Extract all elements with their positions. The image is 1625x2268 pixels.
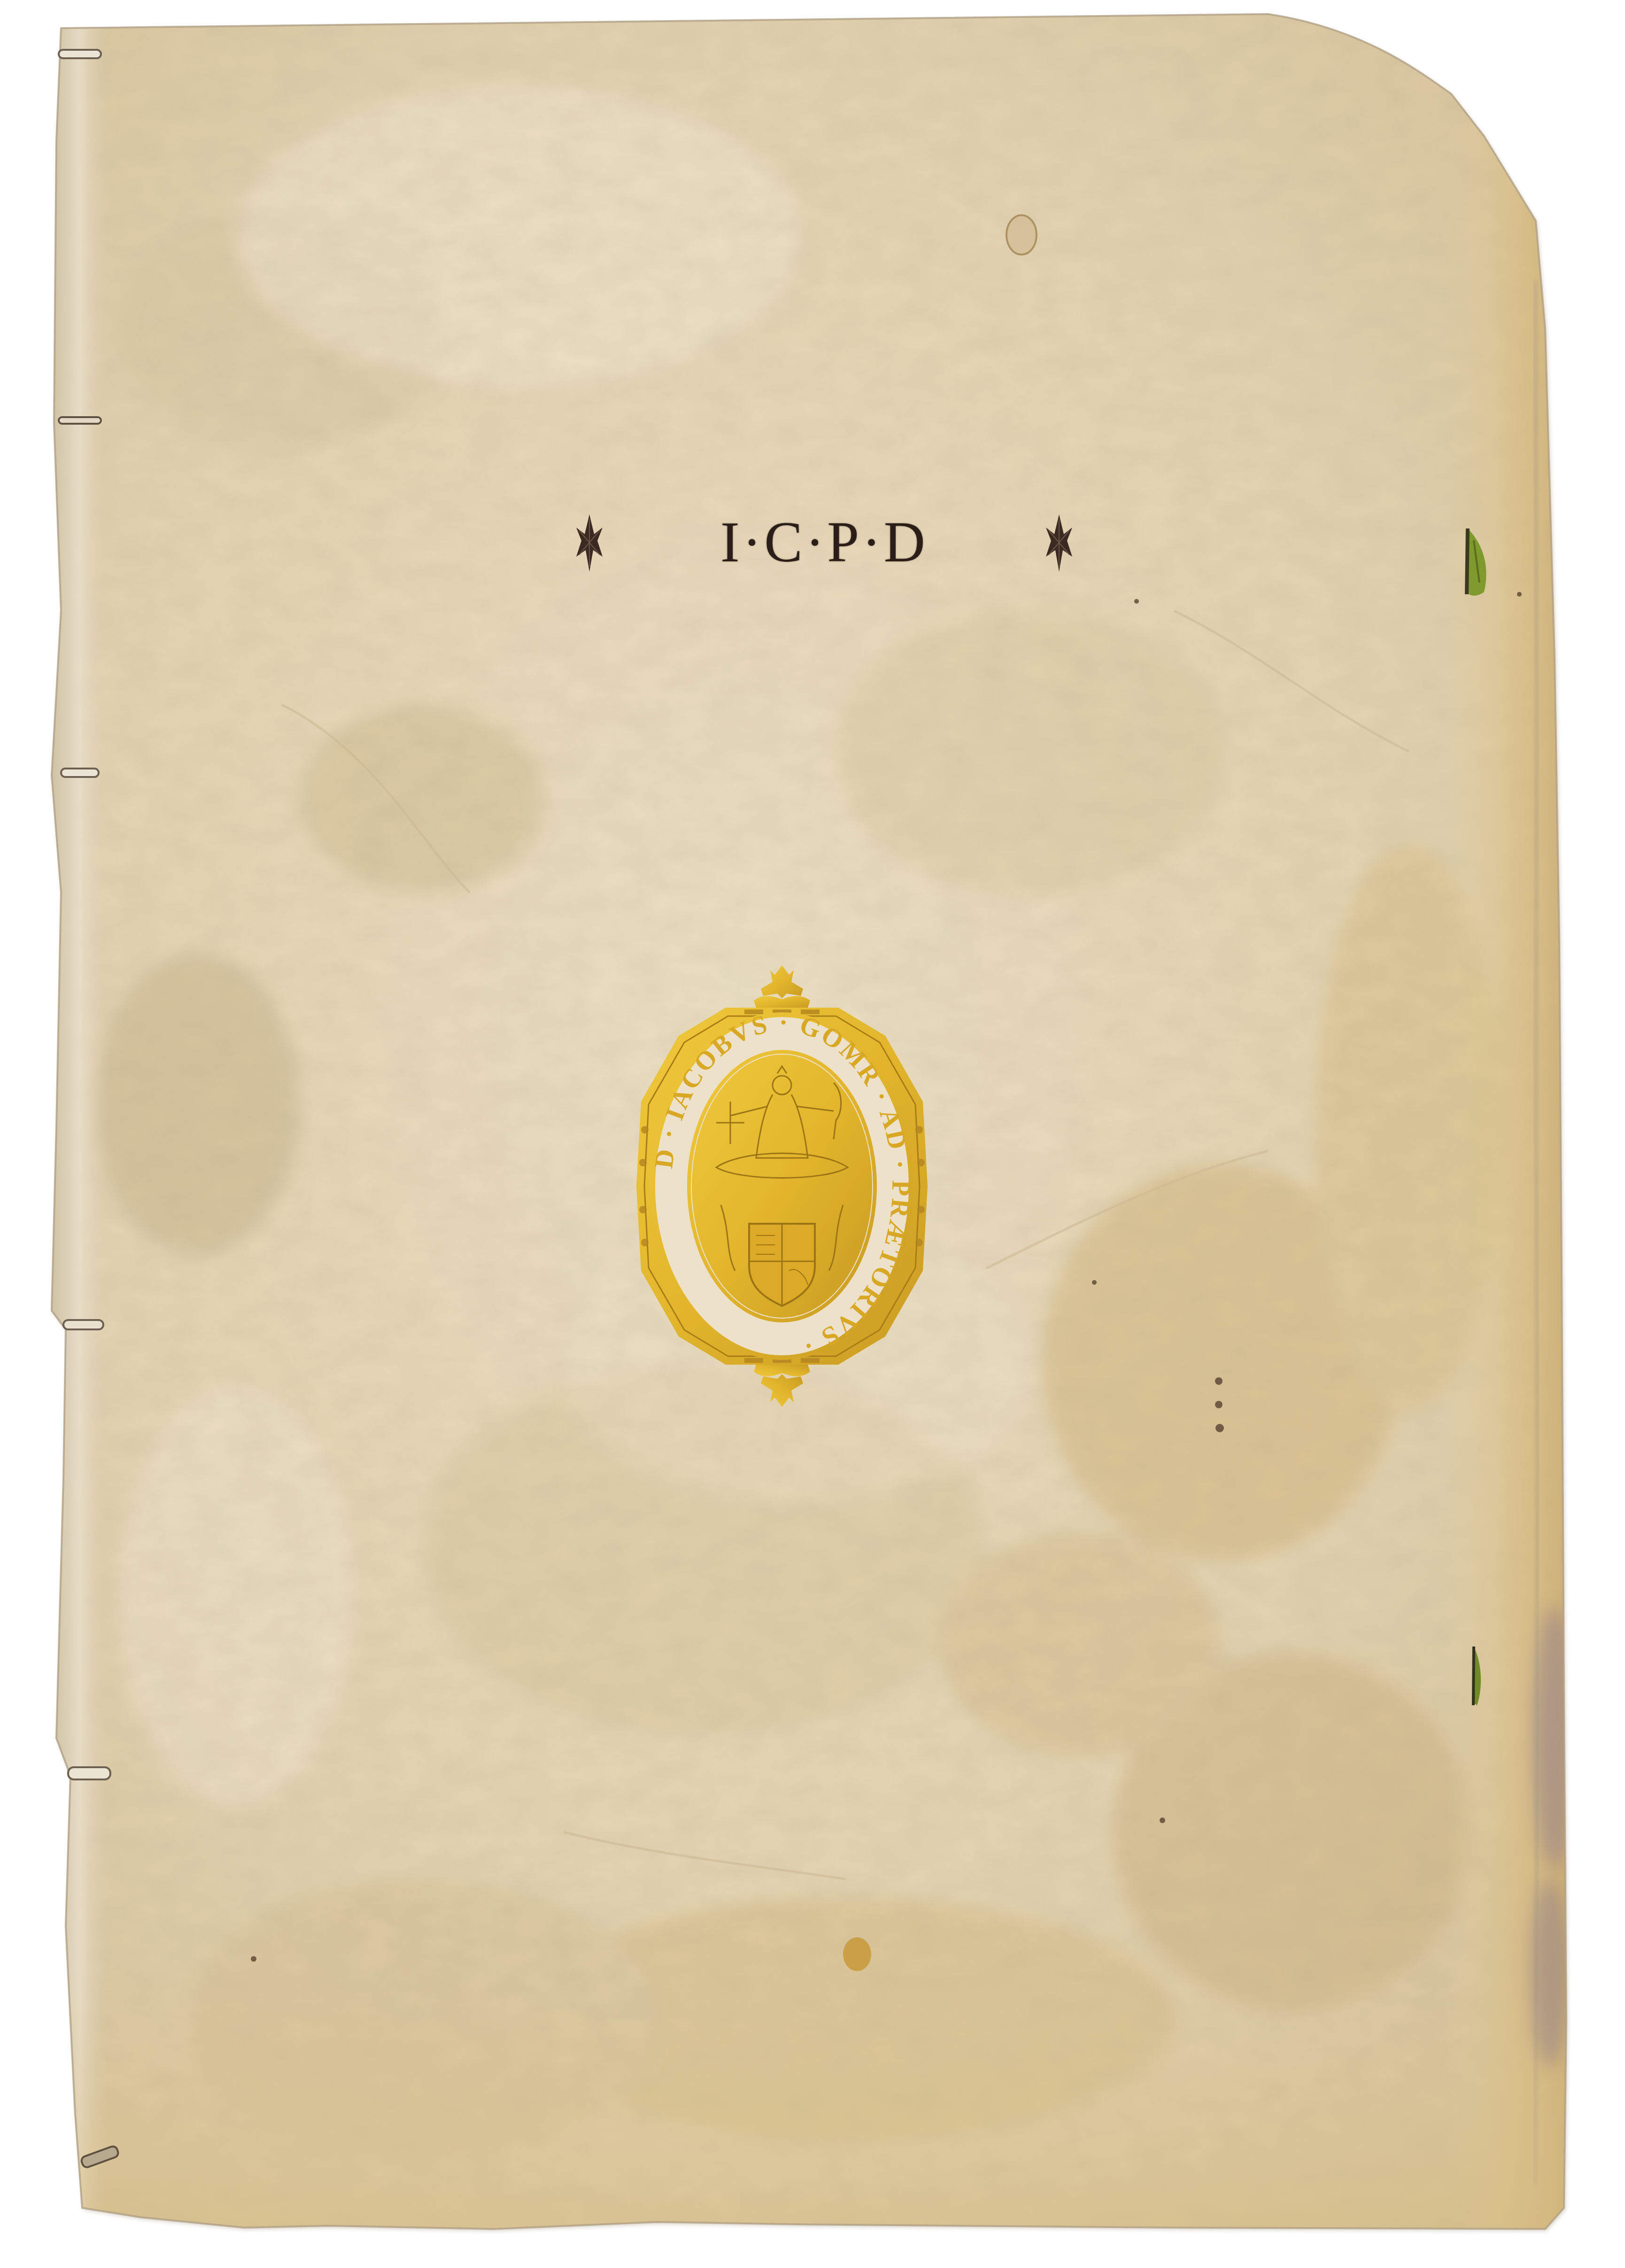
top-finial: [754, 965, 810, 1008]
six-pointed-star-icon: [1045, 512, 1073, 573]
book-cover-photo: I·C·P·D: [0, 0, 1625, 2268]
stamped-initials: I·C·P·D: [575, 510, 1073, 575]
initials-text: I·C·P·D: [720, 514, 928, 571]
six-pointed-star-icon: [575, 512, 604, 573]
gilt-cartouche: D · IACOBVS · GOMR · AD · PRÆTORIVS ·: [622, 961, 942, 1412]
bottom-finial: [754, 1365, 810, 1407]
